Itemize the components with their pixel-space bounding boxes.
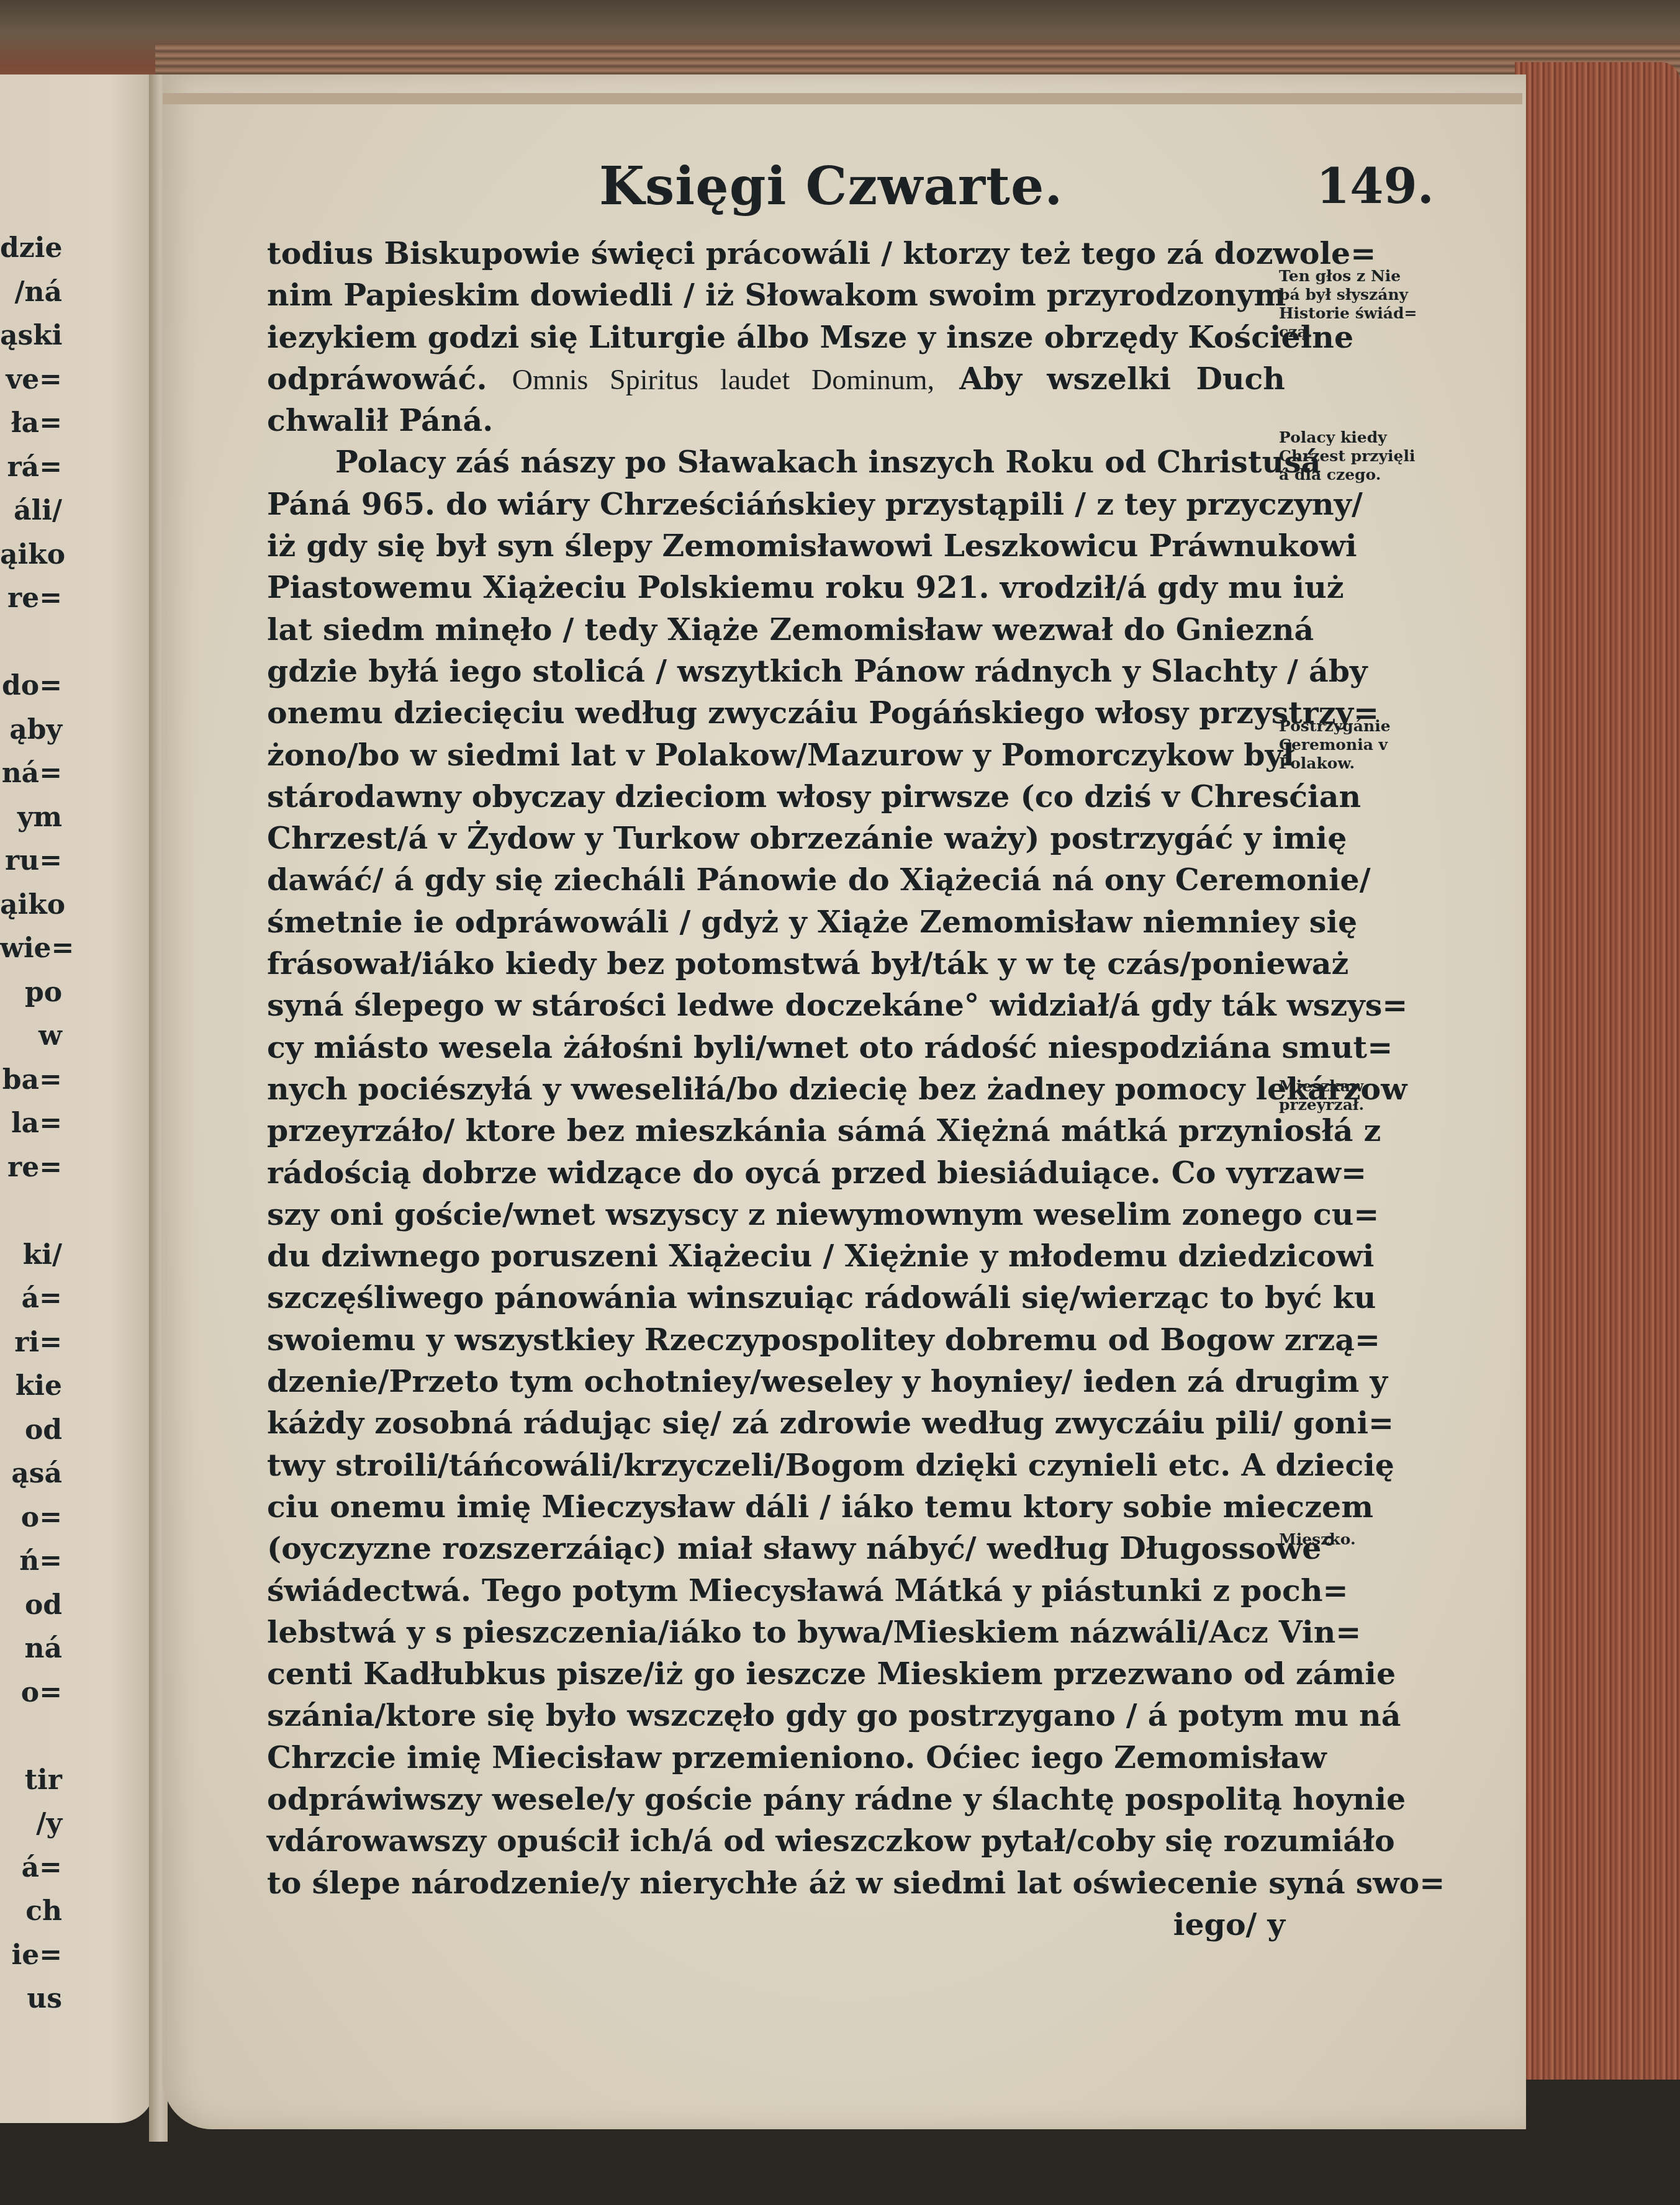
- left-fragment-line: us: [0, 1977, 62, 2021]
- left-fragment-line: wie=: [0, 927, 62, 971]
- left-fragment-line: ąiko: [0, 533, 62, 577]
- text-line: chwalił Páná.: [267, 400, 1285, 441]
- left-fragment-line: re=: [0, 577, 62, 621]
- text-line: to ślepe národzenie/y nierychłe áż w sie…: [267, 1862, 1285, 1904]
- margin-note-line: przeyrzał.: [1279, 1096, 1428, 1114]
- page-top-shadow: [163, 93, 1522, 104]
- running-head: Księgi Czwarte.: [599, 155, 1064, 217]
- left-fragment-line: w: [0, 1014, 62, 1058]
- left-fragment-line: /ná: [0, 271, 62, 315]
- left-fragment-line: po: [0, 971, 62, 1015]
- left-fragment-line: á=: [0, 1846, 62, 1890]
- text-line: lat siedm minęło / tedy Xiąże Zemomisław…: [267, 609, 1285, 651]
- text-line: dawáć/ á gdy się ziecháli Pánowie do Xią…: [267, 859, 1285, 901]
- left-fragment-line: /y: [0, 1802, 62, 1846]
- left-fragment-line: od: [0, 1409, 62, 1453]
- text-line: Chrzest/á v Żydow y Turkow obrzezánie wa…: [267, 818, 1285, 859]
- margin-note: Mieszkawprzeyrzał.: [1279, 1077, 1428, 1114]
- left-fragment-line: ná: [0, 1627, 62, 1671]
- text-line: iż gdy się był syn ślepy Zemomisławowi L…: [267, 525, 1285, 567]
- margin-note-line: Chrzest przyięli: [1279, 447, 1428, 466]
- left-fragment-line: ru=: [0, 839, 62, 883]
- left-fragment-line: áli/: [0, 489, 62, 533]
- left-fragment-line: ve=: [0, 358, 62, 402]
- left-fragment-line: ąby: [0, 708, 62, 752]
- left-fragment-line: ąsá: [0, 1452, 62, 1496]
- left-fragment-line: á=: [0, 1277, 62, 1321]
- margin-note: Polacy kiedyChrzest przyięliá dla czego.: [1279, 428, 1428, 484]
- margin-note-line: Mieszko.: [1279, 1530, 1428, 1549]
- text-line: onemu dziecięciu według zwyczáiu Pogáńsk…: [267, 692, 1285, 734]
- text-line: nych pociészyłá y vweseliłá/bo dziecię b…: [267, 1068, 1285, 1110]
- left-fragment-line: rá=: [0, 446, 62, 490]
- text-line: káżdy zosobná rádując się/ zá zdrowie we…: [267, 1402, 1285, 1444]
- margin-note-line: Postrzygánie: [1279, 717, 1428, 736]
- text-line: todius Biskupowie święci prácowáli / kto…: [267, 233, 1285, 274]
- left-fragment-line: ąski: [0, 314, 62, 358]
- text-line: (oyczyzne rozszerzáiąc) miał sławy nábyć…: [267, 1528, 1285, 1569]
- text-span: Aby wszelki Duch: [934, 361, 1285, 397]
- text-line: rádością dobrze widzące do oycá przed bi…: [267, 1152, 1285, 1194]
- margin-note-line: Polacy kiedy: [1279, 428, 1428, 447]
- left-fragment-line: ń=: [0, 1540, 62, 1584]
- text-line: Chrzcie imię Miecisław przemieniono. Oći…: [267, 1737, 1285, 1779]
- text-line: cy miásto wesela żáłośni byli/wnet oto r…: [267, 1027, 1285, 1068]
- left-fragment-line: dzie: [0, 227, 62, 271]
- margin-note: PostrzygánieCeremonia vPolakow.: [1279, 717, 1428, 773]
- left-fragment-line: tir: [0, 1759, 62, 1803]
- text-line: Polacy záś nászy po Sławakach inszych Ro…: [267, 441, 1285, 483]
- text-line: Páná 965. do wiáry Chrześciáńskiey przys…: [267, 484, 1285, 525]
- left-fragment-line: re=: [0, 1146, 62, 1190]
- left-fragment-line: ie=: [0, 1934, 62, 1978]
- text-line: żono/bo w siedmi lat v Polakow/Mazurow y…: [267, 734, 1285, 776]
- left-fragment-line: o=: [0, 1671, 62, 1715]
- text-line: odpráwowáć. Omnis Spiritus laudet Dominu…: [267, 358, 1285, 400]
- text-line: twy stroili/táńcowáli/krzyczeli/Bogom dz…: [267, 1445, 1285, 1486]
- margin-note-line: Ceremonia v: [1279, 736, 1428, 754]
- text-line: szy oni goście/wnet wszyscy z niewymowny…: [267, 1194, 1285, 1235]
- margin-note-line: czą.: [1279, 323, 1428, 341]
- left-fragment-line: ri=: [0, 1321, 62, 1365]
- left-fragment-line: [0, 1715, 62, 1759]
- left-fragment-line: ym: [0, 796, 62, 840]
- text-line: szánia/ktore się było wszczęło gdy go po…: [267, 1695, 1285, 1736]
- left-fragment-line: ki/: [0, 1233, 62, 1278]
- text-line: swoiemu y wszystkiey Rzeczypospolitey do…: [267, 1319, 1285, 1361]
- text-line: lebstwá y s pieszczenia/iáko to bywa/Mie…: [267, 1612, 1285, 1653]
- left-fragment-line: ba=: [0, 1058, 62, 1102]
- text-line: nim Papieskim dowiedli / iż Słowakom swo…: [267, 274, 1285, 316]
- text-line: przeyrzáło/ ktore bez mieszkánia sámá Xi…: [267, 1110, 1285, 1152]
- text-line: vdárowawszy opuścił ich/á od wieszczkow …: [267, 1820, 1285, 1862]
- text-line: iezykiem godzi się Liturgie álbo Msze y …: [267, 317, 1285, 358]
- left-fragment-line: ąiko: [0, 883, 62, 927]
- margin-note-line: bá był słyszány: [1279, 286, 1428, 304]
- text-line: dzenie/Przeto tym ochotniey/weseley y ho…: [267, 1361, 1285, 1402]
- text-line: Piastowemu Xiążeciu Polskiemu roku 921. …: [267, 567, 1285, 608]
- body-text: todius Biskupowie święci prácowáli / kto…: [267, 233, 1285, 1946]
- left-fragment-line: kie: [0, 1364, 62, 1409]
- left-fragment-line: la=: [0, 1102, 62, 1146]
- text-line: świádectwá. Tego potym Miecysławá Mátká …: [267, 1570, 1285, 1612]
- text-line: ciu onemu imię Mieczysław dáli / iáko te…: [267, 1486, 1285, 1528]
- text-line: frásował/iáko kiedy bez potomstwá był/tá…: [267, 943, 1285, 985]
- page-stack-fore-edge: [1515, 62, 1680, 2080]
- left-fragment-line: ch: [0, 1890, 62, 1934]
- margin-note-line: Mieszkaw: [1279, 1077, 1428, 1096]
- margin-note-line: Historie świád=: [1279, 304, 1428, 323]
- left-fragment-line: ná=: [0, 752, 62, 796]
- left-fragment-line: do=: [0, 664, 62, 708]
- text-line: du dziwnego poruszeni Xiążeciu / Xiężnie…: [267, 1235, 1285, 1277]
- page-number: 149.: [1316, 158, 1434, 215]
- text-line: syná ślepego w stárości ledwe doczekáne°…: [267, 985, 1285, 1026]
- left-fragment-line: ła=: [0, 402, 62, 446]
- text-line: odpráwiwszy wesele/y goście pány rádne y…: [267, 1779, 1285, 1820]
- margin-note-line: Ten głos z Nie: [1279, 267, 1428, 286]
- text-line: szczęśliwego pánowánia winszuiąc rádowál…: [267, 1277, 1285, 1319]
- text-line: śmetnie ie odpráwowáli / gdyż y Xiąże Ze…: [267, 901, 1285, 943]
- left-fragment-line: o=: [0, 1496, 62, 1540]
- margin-note-line: á dla czego.: [1279, 466, 1428, 484]
- left-page-text-fragments: dzie/náąskive=ła=rá=áli/ąikore=do=ąbyná=…: [0, 227, 62, 2021]
- left-fragment-line: [0, 1189, 62, 1233]
- left-fragment-line: od: [0, 1584, 62, 1628]
- text-line: stárodawny obyczay dzieciom włosy pirwsz…: [267, 776, 1285, 818]
- latin-quotation: Omnis Spiritus laudet Dominum,: [512, 364, 934, 395]
- margin-note: Mieszko.: [1279, 1530, 1428, 1549]
- margin-note-line: Polakow.: [1279, 754, 1428, 773]
- text-span: odpráwowáć.: [267, 361, 512, 397]
- left-fragment-line: [0, 621, 62, 665]
- text-line: gdzie byłá iego stolicá / wszytkich Páno…: [267, 651, 1285, 692]
- text-line: centi Kadłubkus pisze/iż go ieszcze Mies…: [267, 1653, 1285, 1695]
- margin-note: Ten głos z Niebá był słyszányHistorie św…: [1279, 267, 1428, 341]
- text-line: iego/ y: [267, 1904, 1285, 1946]
